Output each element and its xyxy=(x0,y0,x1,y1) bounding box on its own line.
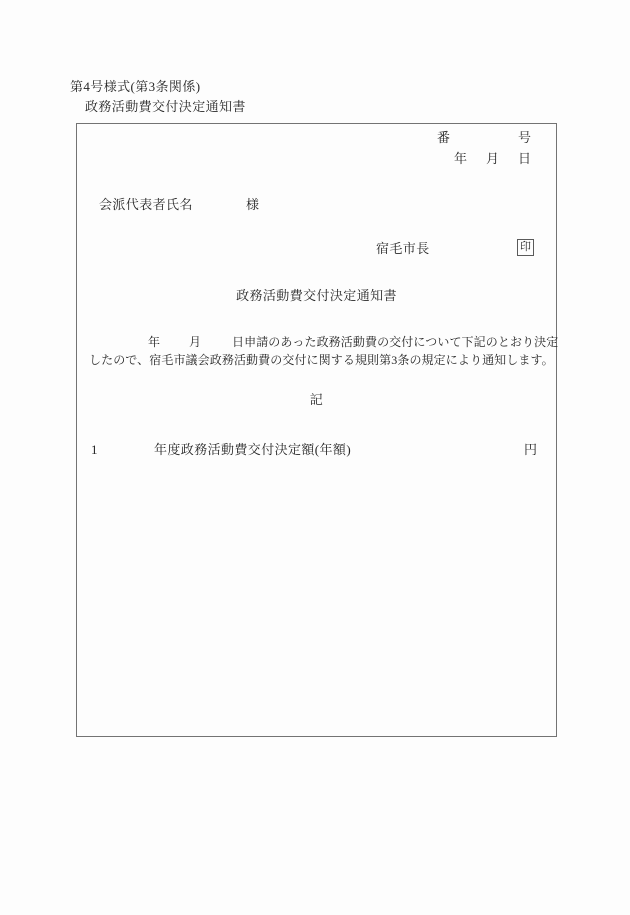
issuer-title: 宿毛市長 xyxy=(376,241,430,256)
doc-number-suffix: 号 xyxy=(518,130,531,145)
form-title-label: 政務活動費交付決定通知書 xyxy=(85,99,246,114)
body-line2-text: したので、宿毛市議会政務活動費の交付に関する規則第3条の規定により通知します。 xyxy=(89,353,554,368)
form-number-label: 第4号様式(第3条関係) xyxy=(70,79,200,94)
item-unit: 円 xyxy=(524,442,537,457)
notice-border-box: 番 号 年 月 日 会派代表者氏名 様 宿毛市長 印 政務活動費交付決定通知書 … xyxy=(76,123,557,737)
body-date-year: 年 xyxy=(148,335,160,350)
date-year-label: 年 xyxy=(454,151,467,166)
body-date-month: 月 xyxy=(189,335,201,350)
item-label: 年度政務活動費交付決定額(年額) xyxy=(154,442,351,457)
date-day-label: 日 xyxy=(518,151,531,166)
issuer-seal-mark: 印 xyxy=(517,239,534,256)
date-month-label: 月 xyxy=(486,151,499,166)
notice-title: 政務活動費交付決定通知書 xyxy=(77,288,556,303)
body-line1-text: 日申請のあった政務活動費の交付について下記のとおり決定 xyxy=(232,335,558,350)
record-marker: 記 xyxy=(77,392,556,407)
addressee-honorific: 様 xyxy=(246,197,259,212)
item-number: 1 xyxy=(91,442,98,457)
addressee-label: 会派代表者氏名 xyxy=(99,197,193,212)
document-page: 第4号様式(第3条関係) 政務活動費交付決定通知書 番 号 年 月 日 会派代表… xyxy=(0,0,630,915)
doc-number-prefix: 番 xyxy=(437,130,450,145)
